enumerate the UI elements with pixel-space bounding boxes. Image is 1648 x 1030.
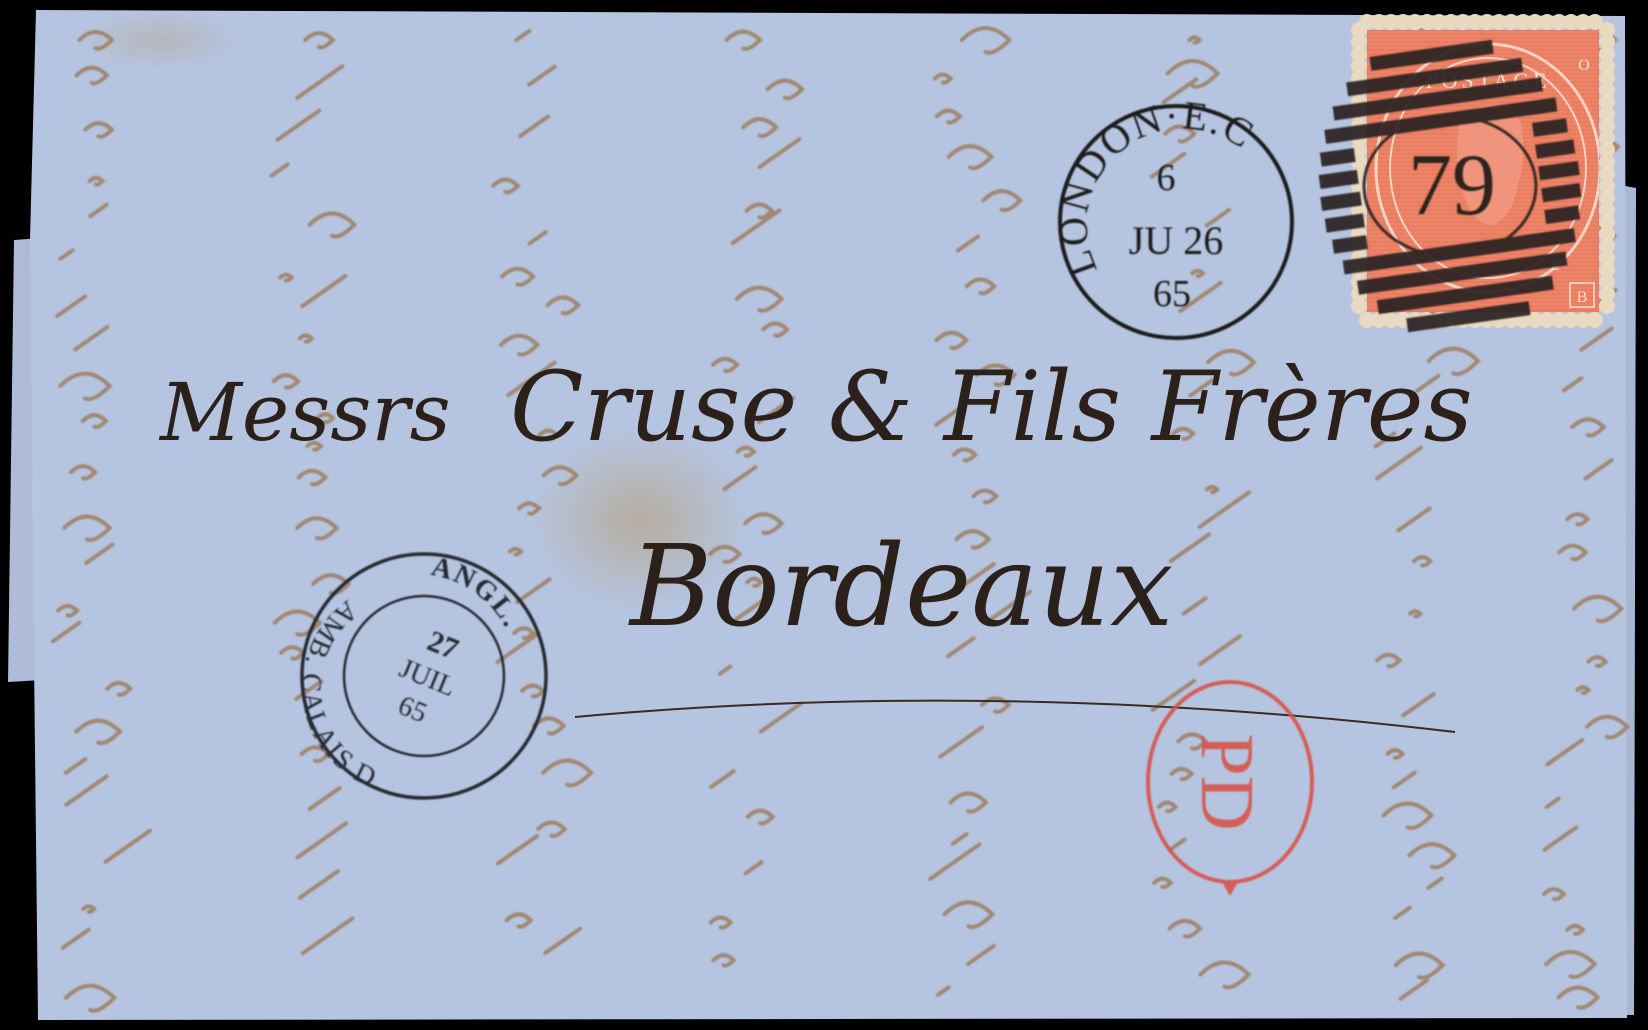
cancel-number: 79 <box>1408 137 1496 234</box>
london-year: 65 <box>1153 273 1191 315</box>
london-code: 6 <box>1157 157 1176 199</box>
stamp-corner-bottom-right: B <box>1577 289 1588 306</box>
address-name: Cruse & Fils Frères <box>510 351 1473 463</box>
stamp-corner-top-right: O <box>1578 57 1590 74</box>
london-date: JU 26 <box>1129 218 1223 263</box>
address-city: Bordeaux <box>628 522 1173 652</box>
letter-cover-scene: LONDON·E.C 6 JU 26 65 POSTAGE O E B 79 M… <box>0 0 1648 1030</box>
address-salutation: Messrs <box>158 366 451 459</box>
paid-text: PD <box>1185 733 1269 830</box>
